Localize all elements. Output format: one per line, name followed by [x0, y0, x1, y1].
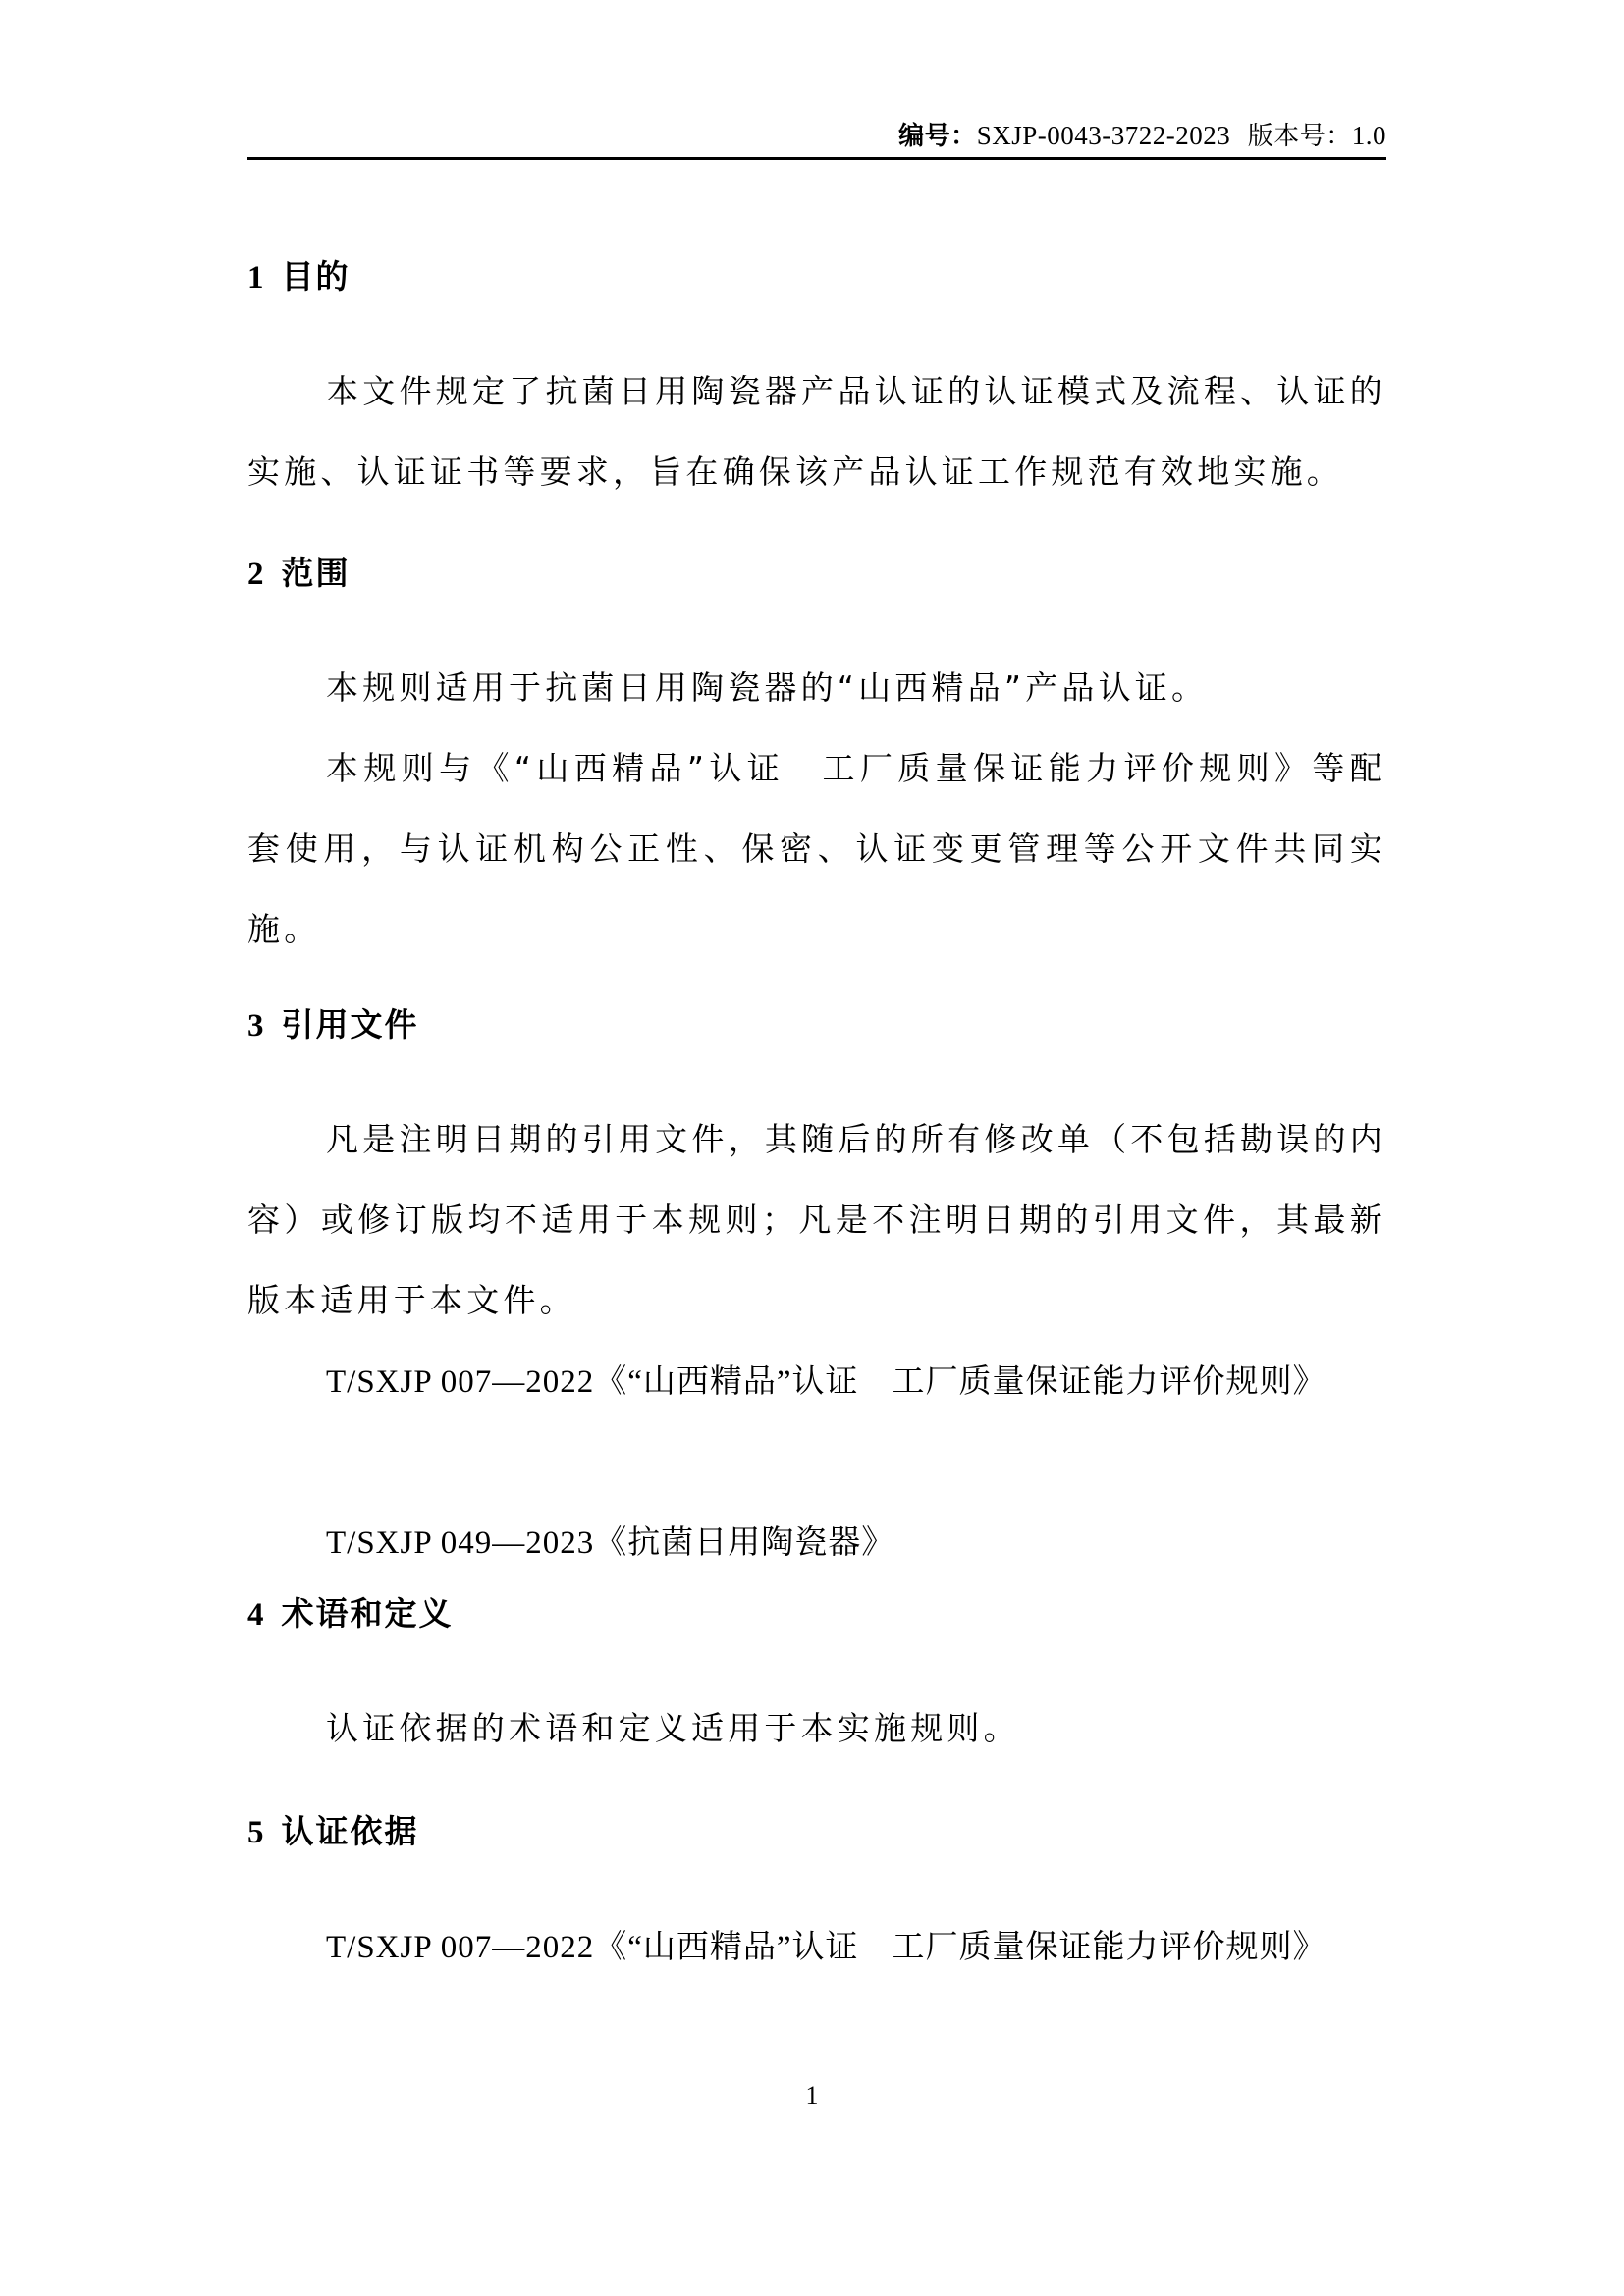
- reference-item: T/SXJP 007—2022《“山西精品”认证 工厂质量保证能力评价规则》: [247, 1341, 1386, 1422]
- page-number: 1: [0, 2081, 1624, 2110]
- section-title: 术语和定义: [282, 1594, 454, 1632]
- reference-text: T/SXJP 049—2023《抗菌日用陶瓷器》: [326, 1525, 894, 1561]
- reference-text: T/SXJP 007—2022《“山西精品”认证 工厂质量保证能力评价规则》: [326, 1364, 1326, 1400]
- section-title: 引用文件: [282, 1005, 419, 1043]
- section-title: 范围: [282, 554, 351, 592]
- doc-number-value: SXJP-0043-3722-2023: [977, 121, 1231, 150]
- page-header: 编号：SXJP-0043-3722-2023 版本号：1.0: [247, 116, 1386, 155]
- section-heading-2: 2范围: [247, 550, 1386, 598]
- reference-text: T/SXJP 007—2022《“山西精品”认证 工厂质量保证能力评价规则》: [326, 1930, 1326, 1965]
- paragraph: 凡是注明日期的引用文件，其随后的所有修改单（不包括勘误的内容）或修订版均不适用于…: [247, 1099, 1386, 1341]
- doc-number-label: 编号：: [898, 122, 977, 151]
- document-page: 编号：SXJP-0043-3722-2023 版本号：1.0 1目的 本文件规定…: [0, 0, 1624, 2296]
- section-heading-4: 4术语和定义: [247, 1590, 1386, 1638]
- paragraph: 本文件规定了抗菌日用陶瓷器产品认证的认证模式及流程、认证的实施、认证证书等要求，…: [247, 351, 1386, 512]
- section-title: 认证依据: [282, 1812, 419, 1850]
- version-label: 版本号：: [1248, 122, 1352, 151]
- paragraph: 本规则与《“山西精品”认证 工厂质量保证能力评价规则》等配套使用，与认证机构公正…: [247, 728, 1386, 970]
- reference-item: T/SXJP 049—2023《抗菌日用陶瓷器》: [247, 1502, 1386, 1583]
- section-number: 2: [247, 557, 266, 592]
- section-number: 1: [247, 260, 266, 295]
- version-value: 1.0: [1352, 121, 1386, 150]
- section-number: 3: [247, 1008, 266, 1043]
- section-title: 目的: [282, 257, 351, 295]
- reference-item: T/SXJP 007—2022《“山西精品”认证 工厂质量保证能力评价规则》: [247, 1906, 1386, 1988]
- paragraph: 认证依据的术语和定义适用于本实施规则。: [247, 1688, 1386, 1769]
- section-heading-5: 5认证依据: [247, 1808, 1386, 1856]
- header-divider: [247, 157, 1386, 160]
- section-heading-1: 1目的: [247, 253, 1386, 301]
- paragraph: 本规则适用于抗菌日用陶瓷器的“山西精品”产品认证。: [247, 648, 1386, 728]
- section-number: 5: [247, 1815, 266, 1850]
- section-number: 4: [247, 1597, 266, 1632]
- section-heading-3: 3引用文件: [247, 1001, 1386, 1049]
